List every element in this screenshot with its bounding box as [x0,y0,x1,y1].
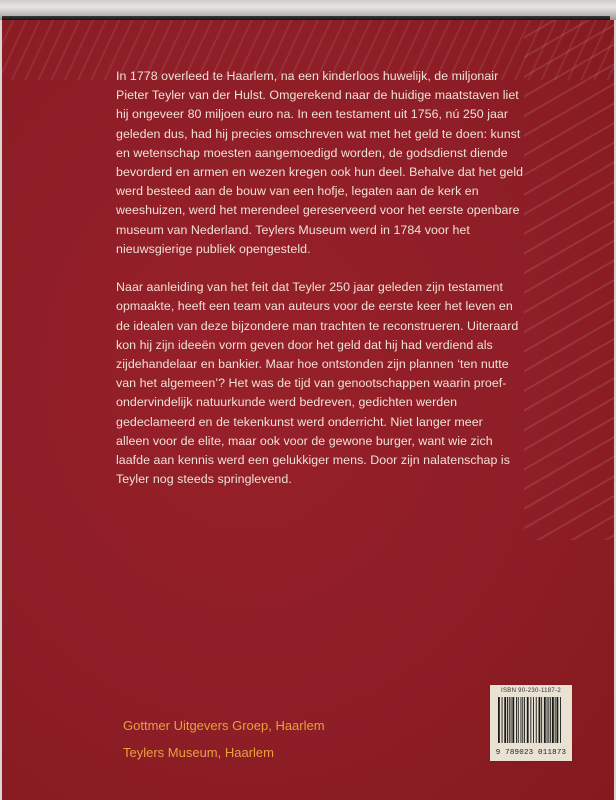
blurb-line: gedeclameerd en de tekenkunst werd onder… [116,413,516,432]
blurb: In 1778 overleed te Haarlem, na een kind… [116,67,516,489]
blurb-paragraph-1: In 1778 overleed te Haarlem, na een kind… [116,67,516,259]
blurb-line: Pieter Teyler van der Hulst. Omgerekend … [116,86,516,105]
blurb-line: Teyler nog steeds springlevend. [116,470,516,489]
publisher-list: Gottmer Uitgevers Groep, Haarlem Teylers… [123,712,325,766]
blurb-line: kon hij zijn ideeën vorm geven door het … [116,336,516,355]
blurb-line: Naar aanleiding van het feit dat Teyler … [116,278,516,297]
blurb-line: weeshuizen, werd het merendeel gereserve… [116,201,516,220]
isbn-number: ISBN 90-230-1187-2 [490,688,572,694]
blurb-line: bevorderd en armen en wezen kregen ook h… [116,163,516,182]
barcode-icon [497,697,565,743]
blurb-line: werd besteed aan de bouw van een hofje, … [116,182,516,201]
publisher-teylers: Teylers Museum, Haarlem [123,739,325,766]
blurb-line: alleen voor de elite, maar ook voor de g… [116,432,516,451]
blurb-line: ondervindelijk natuurkunde werd bedreven… [116,393,516,412]
blurb-line: museum van Nederland. Teylers Museum wer… [116,221,516,240]
blurb-line: opmaakte, heeft een team van auteurs voo… [116,297,516,316]
blurb-line: zijdehandelaar en bankier. Maar hoe onts… [116,355,516,374]
blurb-paragraph-2: Naar aanleiding van het feit dat Teyler … [116,278,516,489]
blurb-line: In 1778 overleed te Haarlem, na een kind… [116,67,516,86]
blurb-line: en wetenschap moesten aangemoedigd worde… [116,144,516,163]
blurb-line: nieuwsgierige publiek opengesteld. [116,240,516,259]
barcode-label: ISBN 90-230-1187-2 9 789023 011873 [490,685,572,761]
blurb-line: laafde aan kennis werd een gelukkiger me… [116,451,516,470]
blurb-line: van het algemeen’? Het was de tijd van g… [116,374,516,393]
blurb-line: geleden dus, had hij precies omschreven … [116,125,516,144]
ean-number: 9 789023 011873 [490,749,572,757]
publisher-gottmer: Gottmer Uitgevers Groep, Haarlem [123,712,325,739]
blurb-line: de idealen van deze bijzondere man trach… [116,317,516,336]
book-top-edge [0,0,616,20]
blurb-line: hij ongeveer 80 miljoen euro na. In een … [116,105,516,124]
shrink-wrap-glare-right [524,20,614,540]
